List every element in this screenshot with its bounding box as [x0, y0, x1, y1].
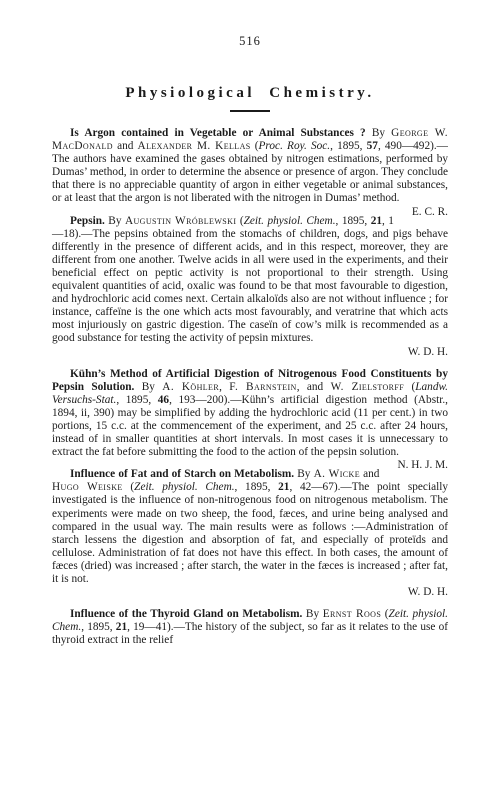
abstract-text: , 1895,: [330, 140, 367, 152]
volume-number: 57: [367, 140, 378, 152]
abstract-thyroid-gland-metabolism: Influence of the Thyroid Gland on Metabo…: [52, 608, 448, 647]
author-name: Augustin Wróblewski: [125, 215, 236, 227]
abstract-argon-vegetable-animal: Is Argon contained in Vegetable or Anima…: [52, 127, 448, 206]
abstract-text: ,: [219, 381, 229, 393]
abstractor-initials: E. C. R.: [394, 206, 448, 219]
abstract-text: (: [404, 381, 415, 393]
abstract-text: , and: [297, 381, 331, 393]
abstract-title: Influence of Fat and of Starch on Metabo…: [70, 468, 294, 480]
journal-reference: Zeit. physiol. Chem.: [244, 215, 336, 227]
abstract-text: By: [294, 468, 313, 480]
author-name: A. Wicke: [314, 468, 360, 480]
author-name: A. Köhler: [162, 381, 219, 393]
abstract-text: (: [236, 215, 243, 227]
abstract-text: , 1895,: [116, 394, 157, 406]
journal-reference: Zeit. physiol. Chem.: [134, 481, 234, 493]
author-name: W. Zielstorff: [331, 381, 405, 393]
abstract-title: Pepsin.: [70, 215, 105, 227]
volume-number: 21: [278, 481, 289, 493]
author-name: F. Barnstein: [229, 381, 296, 393]
abstract-text: (: [251, 140, 259, 152]
abstractor-initials: W. D. H.: [52, 346, 448, 359]
abstract-text: By: [134, 381, 162, 393]
volume-number: 46: [158, 394, 169, 406]
volume-number: 21: [371, 215, 382, 227]
author-name: Hugo Weiske: [52, 481, 123, 493]
abstracts-container: Is Argon contained in Vegetable or Anima…: [52, 127, 448, 647]
abstract-text: , 1—18).—The pepsins obtained from the s…: [52, 215, 448, 345]
abstract-text: By: [366, 127, 391, 139]
abstract-title: Influence of the Thyroid Gland on Metabo…: [70, 608, 302, 620]
abstract-text: , 42—67).—The point specially investigat…: [52, 481, 448, 585]
volume-number: 21: [116, 621, 127, 633]
abstractor-initials: W. D. H.: [52, 586, 448, 599]
abstract-text: and: [360, 468, 379, 480]
abstract-pepsin: Pepsin. By Augustin Wróblewski (Zeit. ph…: [52, 215, 448, 346]
abstract-fat-starch-metabolism: Influence of Fat and of Starch on Metabo…: [52, 468, 448, 586]
journal-page: 516 Physiological Chemistry. Is Argon co…: [0, 0, 500, 800]
abstract-text: By: [105, 215, 125, 227]
abstract-text: By: [302, 608, 322, 620]
title-divider: [230, 110, 270, 112]
abstract-text: and: [113, 140, 138, 152]
author-name: Alexander M. Kellas: [138, 140, 251, 152]
abstractor-initials: N. H. J. M.: [379, 459, 448, 472]
abstract-text: , 1895,: [81, 621, 116, 633]
journal-reference: Proc. Roy. Soc.: [259, 140, 331, 152]
abstract-title: Is Argon contained in Vegetable or Anima…: [70, 127, 366, 139]
abstract-text: (: [381, 608, 388, 620]
abstract-text: , 1895,: [336, 215, 371, 227]
page-number: 516: [0, 0, 500, 48]
abstract-text: (: [123, 481, 134, 493]
author-name: Ernst Roos: [323, 608, 381, 620]
abstract-kuhns-method-pepsin-solution: Kühn’s Method of Artificial Digestion of…: [52, 368, 448, 460]
section-title: Physiological Chemistry.: [0, 85, 500, 101]
abstract-text: , 1895,: [235, 481, 279, 493]
